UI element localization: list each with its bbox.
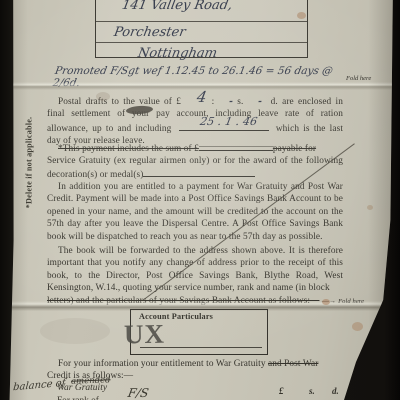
medals-blank: [143, 168, 255, 177]
promotion-note-handwriting: Promoted F/Sgt wef 1.12.45 to 26.1.46 = …: [52, 65, 356, 89]
p5-struck-text: and Post War: [268, 359, 318, 369]
pence-handwriting: -: [246, 96, 263, 108]
leave-date-blank: 25 . 1 . 46: [179, 121, 269, 131]
p2-struck-text: *This payment includes the sum of £: [58, 144, 199, 154]
account-particulars-box: Account Particulars UX: [130, 309, 268, 355]
stain: [352, 322, 363, 331]
address-box: 141 Valley Road, Porchester Nottingham: [95, 0, 308, 58]
p5-text: For your information your entitlement to…: [58, 359, 268, 369]
fold-here-label: Fold here: [338, 298, 364, 305]
fold-here-label: Fold here: [346, 75, 371, 82]
paper-sheet: 141 Valley Road, Porchester Nottingham P…: [0, 0, 400, 400]
p1-shillings: s.: [237, 97, 243, 107]
fold-arrow: —→: [322, 297, 336, 305]
ux-stamp: UX: [124, 319, 166, 351]
p4-struck-text: letters) and the particulars of your Sav…: [47, 296, 319, 306]
p1-text: Postal drafts to the value of £: [58, 97, 181, 107]
delete-if-not-applicable-note: *Delete if not applicable.: [25, 95, 34, 231]
account-write-in-line: [140, 347, 262, 348]
pounds-column-header: £: [279, 386, 284, 396]
amount-handwriting: 4: [185, 91, 208, 103]
p4-text: The book will be forwarded to the addres…: [47, 246, 343, 293]
shillings-column-header: s.: [309, 386, 315, 396]
stain: [367, 205, 373, 210]
shillings-handwriting: -: [217, 96, 234, 108]
paragraph-payment-struck: *This payment includes the sum of £payab…: [47, 142, 343, 181]
sum-blank: [199, 142, 273, 151]
p2-struck-text: payable for: [273, 144, 316, 154]
address-line: 141 Valley Road,: [121, 0, 234, 13]
rank-handwriting: F/S: [127, 386, 150, 400]
leave-date-handwriting: 25 . 1 . 46: [188, 116, 258, 128]
for-rank-of-label: For rank of: [57, 396, 99, 400]
paragraph-postal-drafts: Postal drafts to the value of £4:-s.- d.…: [47, 93, 343, 148]
scanned-document: 141 Valley Road, Porchester Nottingham P…: [0, 0, 400, 400]
paragraph-war-gratuity: In addition you are entitled to a paymen…: [47, 181, 343, 243]
address-line: Porchester: [113, 25, 187, 40]
address-line: Nottingham: [137, 46, 219, 61]
war-gratuity-label: War Gratuity: [57, 383, 107, 393]
pence-column-header: d.: [332, 386, 339, 396]
stain: [40, 318, 110, 344]
paragraph-book-forwarding: The book will be forwarded to the addres…: [47, 245, 343, 308]
p1-colon: :: [212, 97, 215, 107]
